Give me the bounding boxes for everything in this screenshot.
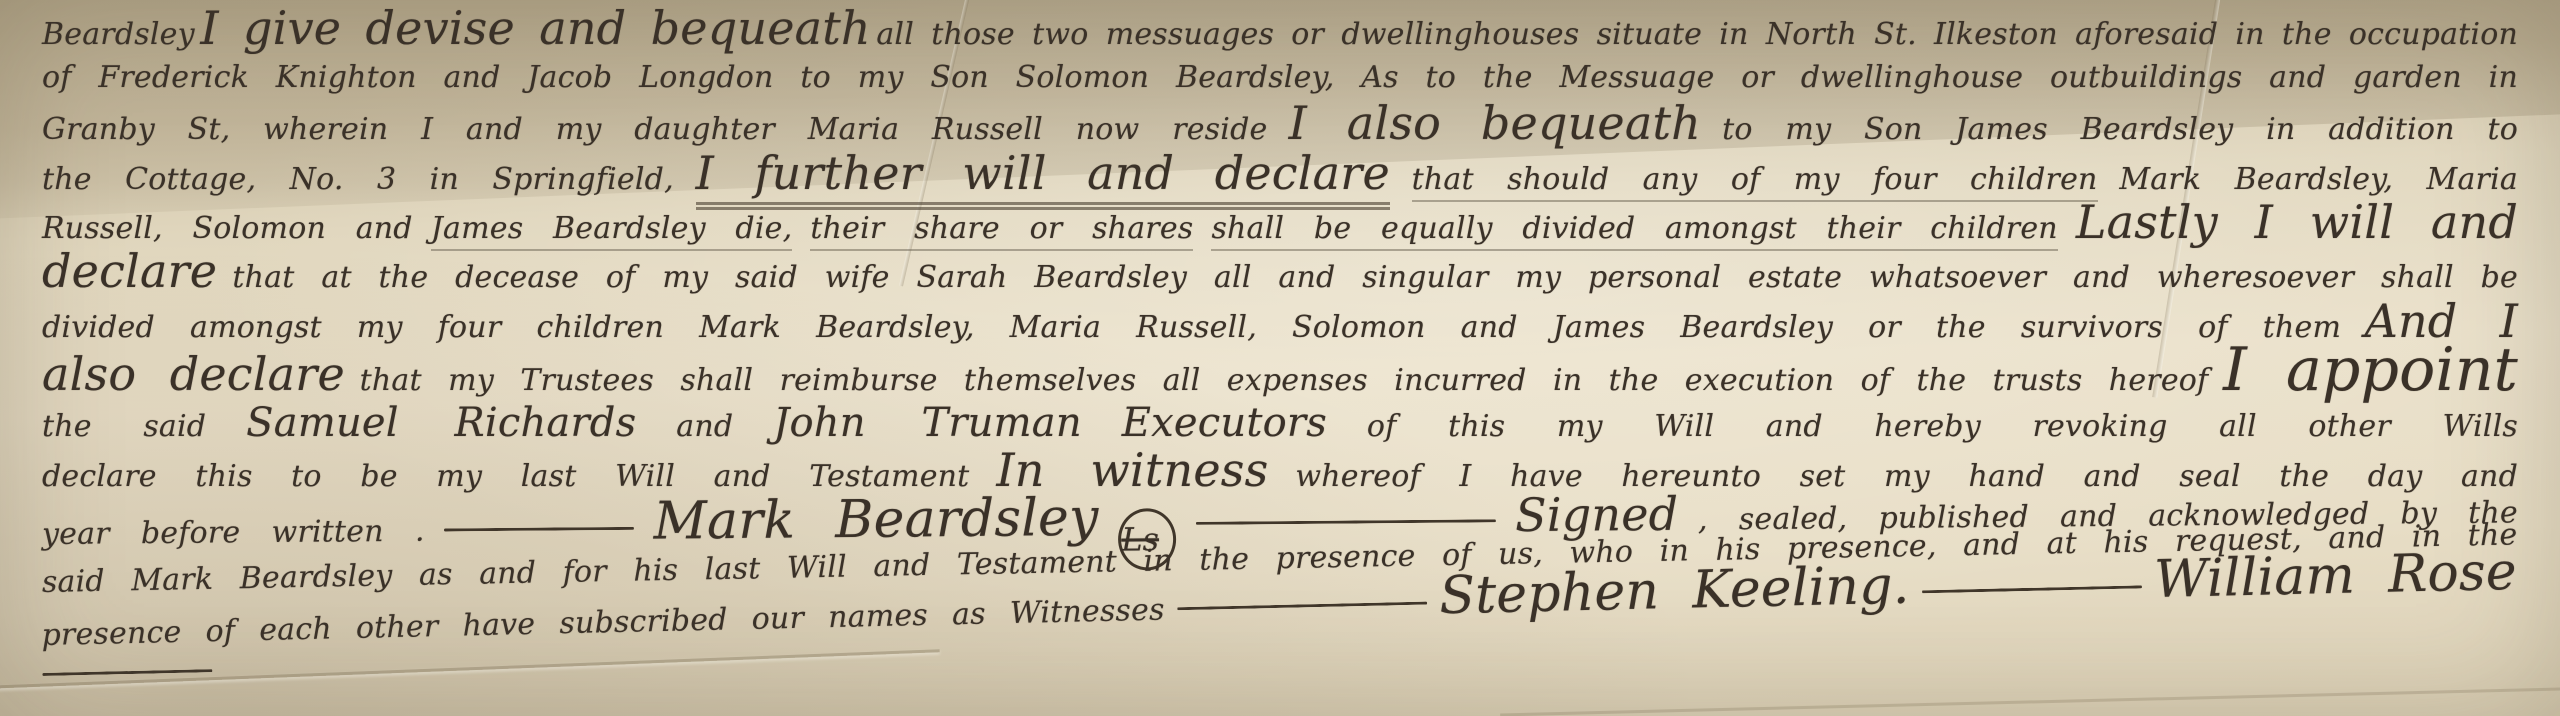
text-run: Beardsley <box>42 17 195 52</box>
emphasis-phrase: I appoint <box>2223 335 2518 405</box>
text-run: divided amongst my four children Mark Be… <box>42 310 2341 345</box>
text-run: James Beardsley die, <box>431 211 793 251</box>
will-text-line: Beardsley I give devise and bequeath all… <box>42 11 2518 59</box>
emphasis-phrase: I further will and declare <box>696 146 1390 210</box>
text-run: declare this to be my last Will and Test… <box>42 459 969 494</box>
witness-signature-william-rose: William Rose <box>2154 542 2518 610</box>
will-handwritten-text: will and direct and JamesBeardsley I giv… <box>0 0 2560 716</box>
text-run: all those two messuages or dwellinghouse… <box>876 17 2518 52</box>
emphasis-phrase: Executors <box>1122 400 1327 446</box>
executor-name: John Truman <box>773 400 1082 446</box>
will-text-line: of Frederick Knighton and Jacob Longdon … <box>42 61 2518 105</box>
emphasis-phrase: also declare <box>42 347 345 401</box>
emphasis-phrase: declare <box>42 244 217 298</box>
emphasis-phrase: I also bequeath <box>1289 96 1701 150</box>
text-run: Mark Beardsley, Maria <box>2119 162 2518 197</box>
will-text-line: divided amongst my four children Mark Be… <box>42 304 2518 352</box>
text-run: year before written . <box>42 514 425 552</box>
text-run: Russell, Solomon and <box>42 211 413 246</box>
witness-signature-stephen-keeling: Stephen Keeling. <box>1439 556 1910 627</box>
text-run: Granby St, wherein I and my daughter Mar… <box>42 112 1267 147</box>
ink-rule <box>1922 585 2142 593</box>
ink-rule <box>444 527 634 532</box>
text-run: the Cottage, No. 3 in Springfield, <box>42 162 674 197</box>
text-run: that at the decease of my said wife Sara… <box>232 260 2518 295</box>
will-text-line: declare that at the decease of my said w… <box>42 254 2518 302</box>
text-run: that my Trustees shall reimburse themsel… <box>360 363 2209 398</box>
will-document-photo: will and direct and JamesBeardsley I giv… <box>0 0 2560 716</box>
ink-rule <box>1196 519 1496 525</box>
will-text-line-fragment: will and direct and James <box>42 0 2518 10</box>
text-run: the said <box>42 409 206 444</box>
will-text-line: Russell, Solomon and James Beardsley die… <box>42 205 2518 253</box>
text-run: of Frederick Knighton and Jacob Longdon … <box>42 60 2518 95</box>
ink-rule <box>42 669 212 676</box>
text-run: that should any of my four children <box>1412 162 2098 202</box>
text-run: to my Son James Beardsley in addition to <box>1722 112 2518 147</box>
text-run: and <box>676 409 733 444</box>
will-text-line: the said Samuel Richards and John Truman… <box>42 406 2518 451</box>
emphasis-phrase: Lastly I will and <box>2076 195 2518 249</box>
text-run: their share or shares <box>810 211 1193 251</box>
will-text-line: also declare that my Trustees shall reim… <box>42 353 2518 405</box>
ink-rule <box>1177 601 1427 610</box>
text-run: shall be equally divided amongst their c… <box>1211 211 2057 251</box>
executor-name: Samuel Richards <box>246 400 636 446</box>
text-run: of this my Will and hereby revoking all … <box>1367 409 2518 444</box>
testator-signature: Mark Beardsley <box>653 488 1098 552</box>
